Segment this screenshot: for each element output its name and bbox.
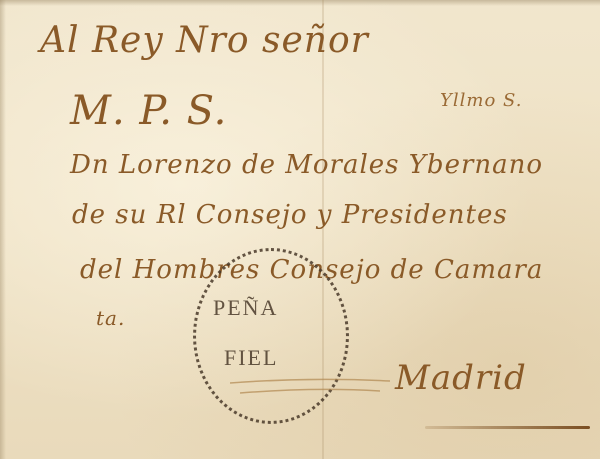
- address-line-4: de su Rl Consejo y Presidentes: [72, 200, 508, 230]
- honorific-fragment: Yllmo S.: [440, 90, 522, 111]
- address-line-6: ta.: [96, 306, 125, 330]
- destination-madrid: Madrid: [395, 358, 527, 398]
- letter-cover: Al Rey Nro señor M. P. S. Yllmo S. Dn Lo…: [0, 0, 600, 459]
- pen-strokes: [230, 375, 390, 405]
- address-line-1: Al Rey Nro señor: [40, 20, 369, 61]
- destination-underline: [425, 426, 590, 429]
- postmark-line-2: FIEL: [224, 345, 278, 371]
- postmark-line-1: PEÑA: [213, 295, 278, 321]
- address-line-2: M. P. S.: [70, 88, 227, 134]
- left-edge-shadow: [0, 0, 6, 459]
- address-line-3: Dn Lorenzo de Morales Ybernano: [70, 150, 543, 180]
- top-fold-shadow: [0, 0, 600, 6]
